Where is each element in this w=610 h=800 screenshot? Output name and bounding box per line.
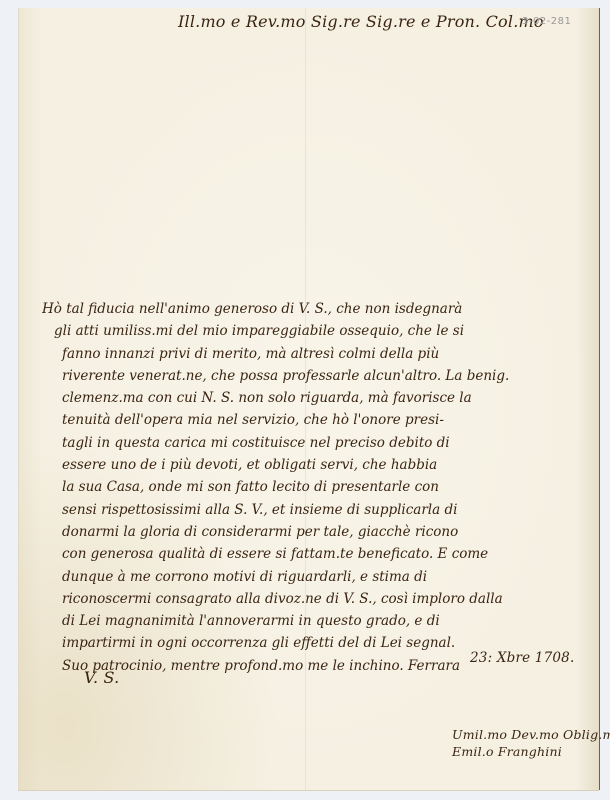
body-line: fanno innanzi privi di merito, mà altres… xyxy=(42,343,594,365)
archive-number: 3-02-281 xyxy=(522,16,571,27)
body-line: Hò tal fiducia nell'animo generoso di V.… xyxy=(42,298,594,320)
body-line: con generosa qualità di essere si fattam… xyxy=(42,543,594,565)
body-line: dunque à me corrono motivi di riguardarl… xyxy=(42,566,594,588)
body-line: tagli in questa carica mi costituisce ne… xyxy=(42,432,594,454)
scanned-letter: Ill.mo e Rev.mo Sig.re Sig.re e Pron. Co… xyxy=(0,0,610,800)
body-line: di Lei magnanimità l'annoverarmi in ques… xyxy=(42,610,594,632)
body-line: riconoscermi consagrato alla divoz.ne di… xyxy=(42,588,594,610)
body-line: gli atti umiliss.mi del mio impareggiabi… xyxy=(42,320,594,342)
body-line: la sua Casa, onde mi son fatto lecito di… xyxy=(42,476,594,498)
body-line: essere uno de i più devoti, et obligati … xyxy=(42,454,594,476)
recipient-initials: V. S. xyxy=(84,668,119,687)
letter-date: 23: Xbre 1708. xyxy=(470,650,574,666)
signature: Emil.o Franghini xyxy=(452,744,562,759)
body-line: riverente venerat.ne, che possa professa… xyxy=(42,365,594,387)
body-line: clemenz.ma con cui N. S. non solo riguar… xyxy=(42,387,594,409)
body-line: tenuità dell'opera mia nel servizio, che… xyxy=(42,409,594,431)
salutation-heading: Ill.mo e Rev.mo Sig.re Sig.re e Pron. Co… xyxy=(178,12,544,31)
letter-body: Hò tal fiducia nell'animo generoso di V.… xyxy=(42,298,594,677)
body-line: sensi rispettosissimi alla S. V., et ins… xyxy=(42,499,594,521)
closing-formula: Umil.mo Dev.mo Oblig.mo Servo xyxy=(452,726,610,744)
body-line: donarmi la gloria di considerarmi per ta… xyxy=(42,521,594,543)
